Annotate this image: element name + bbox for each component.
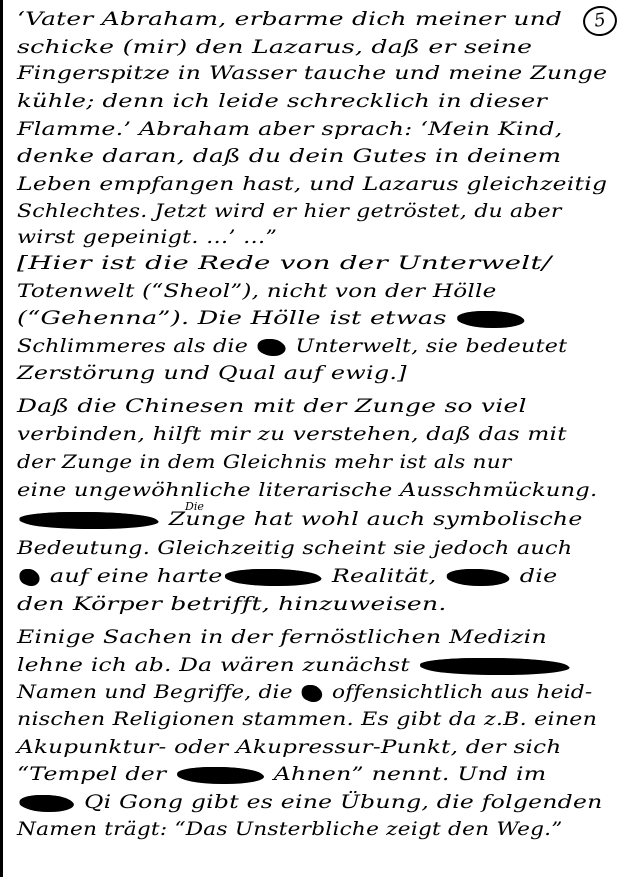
line-text: lehne ich ab. Da wären zunächst <box>17 654 418 676</box>
handwritten-line: auf eine harte Realität, die <box>17 565 557 587</box>
line-text: Schlimmeres als die <box>17 335 255 357</box>
handwritten-line: nischen Religionen stammen. Es gibt da z… <box>17 708 597 730</box>
handwritten-line: lehne ich ab. Da wären zunächst <box>17 654 572 676</box>
crossed-out-scribble <box>178 767 262 783</box>
line-text: die <box>512 565 558 587</box>
handwritten-line: (“Gehenna”). Die Hölle ist etwas <box>17 307 528 329</box>
handwritten-line: ‘Vater Abraham, erbarme dich meiner und <box>17 8 562 30</box>
handwritten-line: schicke (mir) den Lazarus, daß er seine <box>17 36 532 58</box>
line-text: Zerstörung und Qual auf ewig.] <box>17 362 407 384</box>
handwritten-line: Namen und Begriffe, die offensichtlich a… <box>17 681 592 703</box>
line-text: Leben empfangen hast, und Lazarus gleich… <box>17 173 607 195</box>
handwritten-line: den Körper betrifft, hinzuweisen. <box>17 593 447 615</box>
handwritten-line: Zerstörung und Qual auf ewig.] <box>17 362 407 384</box>
line-text: “Tempel der <box>17 763 174 785</box>
handwritten-line: Akupunktur- oder Akupressur-Punkt, der s… <box>17 736 561 758</box>
line-text: offensichtlich aus heid- <box>325 681 593 703</box>
crossed-out-scribble <box>226 569 320 585</box>
line-text: Fingerspitze in Wasser tauche und meine … <box>17 62 607 84</box>
manuscript-page: 5 ‘Vater Abraham, erbarme dich meiner un… <box>0 0 638 877</box>
crossed-out-scribble <box>259 339 285 355</box>
line-text: schicke (mir) den Lazarus, daß er seine <box>17 36 532 58</box>
line-text: Bedeutung. Gleichzeitig scheint sie jedo… <box>17 537 572 559</box>
line-text: Ahnen” nennt. Und im <box>266 763 546 785</box>
line-text: Qi Gong gibt es eine Übung, die folgende… <box>76 791 602 813</box>
handwritten-line: Zunge hat wohl auch symbolische <box>17 508 583 530</box>
handwritten-line: Daß die Chinesen mit der Zunge so viel <box>17 395 527 417</box>
crossed-out-scribble <box>21 569 39 585</box>
handwritten-line: Flamme.’ Abraham aber sprach: ‘Mein Kind… <box>17 118 563 140</box>
line-text: verbinden, hilft mir zu verstehen, daß d… <box>17 423 567 445</box>
line-text: der Zunge in dem Gleichnis mehr ist als … <box>17 451 511 473</box>
handwritten-line: Bedeutung. Gleichzeitig scheint sie jedo… <box>17 537 572 559</box>
line-text: ‘Vater Abraham, erbarme dich meiner und <box>17 8 562 30</box>
handwritten-line: verbinden, hilft mir zu verstehen, daß d… <box>17 423 567 445</box>
handwritten-line: wirst gepeinigt. …’ …” <box>17 226 277 248</box>
handwritten-line: Schlechtes. Jetzt wird er hier getröstet… <box>17 200 562 222</box>
crossed-out-scribble <box>421 658 568 674</box>
line-text: Akupunktur- oder Akupressur-Punkt, der s… <box>17 736 561 758</box>
handwritten-line: Schlimmeres als die Unterwelt, sie bedeu… <box>17 335 567 357</box>
line-text: Realität, <box>324 565 444 587</box>
line-text: eine ungewöhnliche literarische Ausschmü… <box>17 479 597 501</box>
line-text: denke daran, daß du dein Gutes in deinem <box>17 145 561 167</box>
handwritten-line: Qi Gong gibt es eine Übung, die folgende… <box>17 791 602 813</box>
line-text: wirst gepeinigt. …’ …” <box>17 226 277 248</box>
line-text: nischen Religionen stammen. Es gibt da z… <box>17 708 597 730</box>
handwritten-line: kühle; denn ich leide schrecklich in die… <box>17 90 547 112</box>
handwritten-line: Totenwelt (“Sheol”), nicht von der Hölle <box>17 280 497 302</box>
line-text: [Hier ist die Rede von der Unterwelt/ <box>17 252 551 274</box>
line-text: Totenwelt (“Sheol”), nicht von der Hölle <box>17 280 497 302</box>
line-text: Schlechtes. Jetzt wird er hier getröstet… <box>17 200 562 222</box>
line-text: Einige Sachen in der fernöstlichen Mediz… <box>17 626 547 648</box>
line-text: den Körper betrifft, hinzuweisen. <box>17 593 447 615</box>
line-text: (“Gehenna”). Die Hölle ist etwas <box>17 307 455 329</box>
line-text: Daß die Chinesen mit der Zunge so viel <box>17 395 527 417</box>
handwritten-line: der Zunge in dem Gleichnis mehr ist als … <box>17 451 511 473</box>
handwritten-line: Fingerspitze in Wasser tauche und meine … <box>17 62 607 84</box>
line-text: Namen und Begriffe, die <box>17 681 300 703</box>
line-text: Flamme.’ Abraham aber sprach: ‘Mein Kind… <box>17 118 563 140</box>
inserted-word: Die <box>185 500 204 513</box>
handwritten-line: eine ungewöhnliche literarische Ausschmü… <box>17 479 597 501</box>
line-text: auf eine harte <box>42 565 222 587</box>
handwritten-line: Einige Sachen in der fernöstlichen Mediz… <box>17 626 547 648</box>
line-text: Zunge hat wohl auch symbolische <box>161 508 583 530</box>
line-text: kühle; denn ich leide schrecklich in die… <box>17 90 547 112</box>
handwritten-line: Namen trägt: “Das Unsterbliche zeigt den… <box>17 818 563 840</box>
line-text: Unterwelt, sie bedeutet <box>288 335 567 357</box>
crossed-out-scribble <box>303 685 321 701</box>
line-text: Namen trägt: “Das Unsterbliche zeigt den… <box>17 818 563 840</box>
handwritten-line: “Tempel der Ahnen” nennt. Und im <box>17 763 546 785</box>
page-number-badge: 5 <box>581 4 619 38</box>
handwritten-line: Leben empfangen hast, und Lazarus gleich… <box>17 173 607 195</box>
crossed-out-scribble <box>459 311 523 327</box>
crossed-out-scribble <box>21 795 73 811</box>
handwritten-line: denke daran, daß du dein Gutes in deinem <box>17 145 561 167</box>
crossed-out-scribble <box>448 569 508 585</box>
crossed-out-scribble <box>21 512 158 528</box>
handwritten-line: [Hier ist die Rede von der Unterwelt/ <box>17 252 551 274</box>
